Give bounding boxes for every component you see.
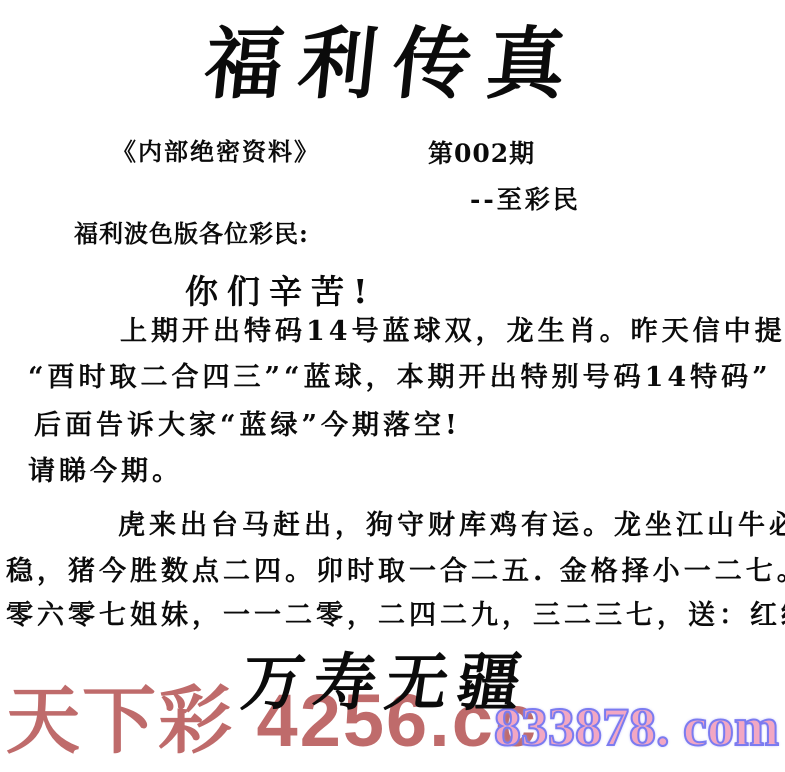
watermark-site-right: 833878. com	[494, 700, 779, 754]
body-line-3: 后面告诉大家“蓝绿”今期落空!	[34, 412, 461, 439]
greeting-line: 你们辛苦!	[185, 266, 377, 313]
fax-sheet: 福利传真 《内部绝密资料》 第002期 --至彩民 福利波色版各位彩民: 你们辛…	[0, 0, 785, 772]
body-line-2: “酉时取二合四三”“蓝球，本期开出特别号码14特码”	[28, 364, 772, 391]
body-line-5: 虎来出台马赶出，狗守财库鸡有运。龙坐江山牛必	[118, 512, 785, 539]
body-line-7: 零六零七姐妹，一一二零，二四二九，三二三七，送：红绿	[6, 602, 785, 629]
blessing-calligraphy: 万寿无疆	[238, 652, 535, 714]
body-line-4: 请睇今期。	[28, 458, 183, 485]
issue-number: 第002期	[428, 134, 535, 170]
body-line-6: 稳，猪今胜数点二四。卯时取一合二五. 金格择小一二七。	[6, 558, 785, 585]
salutation-line: 福利波色版各位彩民:	[74, 214, 309, 249]
dedication-line: --至彩民	[470, 180, 581, 216]
page-title: 福利传真	[200, 22, 585, 108]
body-line-1: 上期开出特码14号蓝球双，龙生肖。昨天信中提供	[120, 318, 785, 345]
subtitle-secret-material: 《内部绝密资料》	[112, 132, 320, 167]
